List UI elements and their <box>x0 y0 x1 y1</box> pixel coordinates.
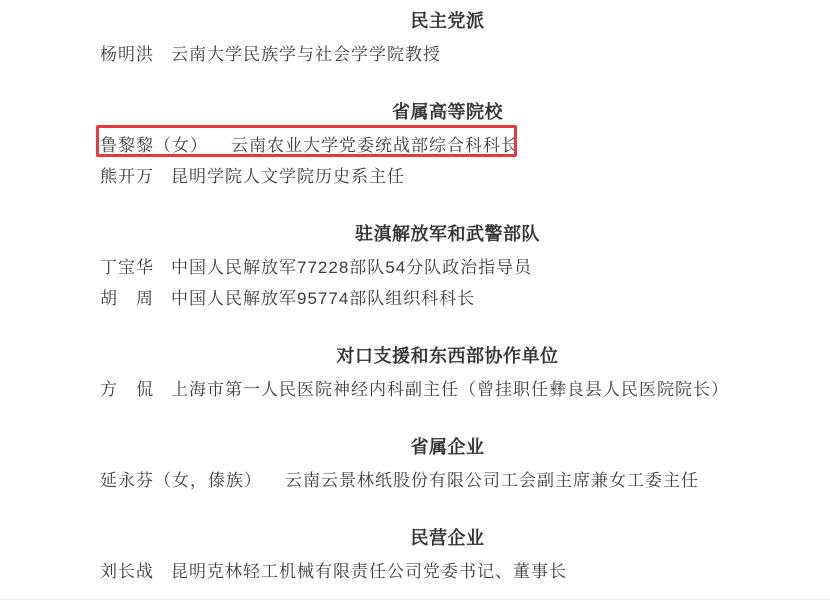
person-row: 延永芬（女，傣族） 云南云景林纸股份有限公司工会副主席兼女工委主任 <box>100 463 795 494</box>
person-title: 中国人民解放军77228部队54分队政治指导员 <box>171 253 532 278</box>
person-title: 上海市第一人民医院神经内科副主任（曾挂职任彝良县人民医院院长） <box>171 375 729 400</box>
person-row: 杨明洪 云南大学民族学与社会学学院教授 <box>100 37 795 68</box>
section-heading: 民营企业 <box>100 523 795 554</box>
person-row: 胡 周 中国人民解放军95774部队组织科科长 <box>100 281 795 312</box>
section: 民主党派 杨明洪 云南大学民族学与社会学学院教授 <box>100 6 795 68</box>
person-name: 丁宝华 <box>100 253 154 278</box>
person-name: 熊开万 <box>100 162 154 187</box>
person-title: 云南大学民族学与社会学学院教授 <box>171 40 441 65</box>
person-row: 鲁黎黎（女） 云南农业大学党委统战部综合科科长 <box>100 128 795 159</box>
person-row: 熊开万 昆明学院人文学院历史系主任 <box>100 159 795 190</box>
person-title: 昆明学院人文学院历史系主任 <box>171 162 405 187</box>
person-name: 鲁黎黎（女） <box>100 131 208 156</box>
section-entries: 杨明洪 云南大学民族学与社会学学院教授 <box>100 37 795 68</box>
section: 民营企业 刘长战 昆明克林轻工机械有限责任公司党委书记、董事长 <box>100 523 795 585</box>
person-row: 丁宝华 中国人民解放军77228部队54分队政治指导员 <box>100 250 795 281</box>
person-name: 方 侃 <box>100 375 154 400</box>
section-entries: 方 侃 上海市第一人民医院神经内科副主任（曾挂职任彝良县人民医院院长） <box>100 372 795 403</box>
section-entries: 刘长战 昆明克林轻工机械有限责任公司党委书记、董事长 <box>100 554 795 585</box>
section-entries: 延永芬（女，傣族） 云南云景林纸股份有限公司工会副主席兼女工委主任 <box>100 463 795 494</box>
section: 省属高等院校 鲁黎黎（女） 云南农业大学党委统战部综合科科长 熊开万 昆明学院人… <box>100 97 795 190</box>
document-body: 民主党派 杨明洪 云南大学民族学与社会学学院教授 省属高等院校 鲁黎黎（女） 云… <box>0 0 830 585</box>
person-title: 昆明克林轻工机械有限责任公司党委书记、董事长 <box>171 557 567 582</box>
section: 省属企业 延永芬（女，傣族） 云南云景林纸股份有限公司工会副主席兼女工委主任 <box>100 432 795 494</box>
person-row: 刘长战 昆明克林轻工机械有限责任公司党委书记、董事长 <box>100 554 795 585</box>
person-name: 延永芬（女，傣族） <box>100 466 262 491</box>
section-heading: 民主党派 <box>100 6 795 37</box>
person-name: 刘长战 <box>100 557 154 582</box>
section-heading: 对口支援和东西部协作单位 <box>100 341 795 372</box>
person-title: 云南农业大学党委统战部综合科科长 <box>231 131 519 156</box>
person-row: 方 侃 上海市第一人民医院神经内科副主任（曾挂职任彝良县人民医院院长） <box>100 372 795 403</box>
section-entries: 丁宝华 中国人民解放军77228部队54分队政治指导员 胡 周 中国人民解放军9… <box>100 250 795 312</box>
section: 对口支援和东西部协作单位 方 侃 上海市第一人民医院神经内科副主任（曾挂职任彝良… <box>100 341 795 403</box>
person-name: 杨明洪 <box>100 40 154 65</box>
person-title: 云南云景林纸股份有限公司工会副主席兼女工委主任 <box>285 466 699 491</box>
section-heading: 省属高等院校 <box>100 97 795 128</box>
person-title: 中国人民解放军95774部队组织科科长 <box>171 284 475 309</box>
section-heading: 省属企业 <box>100 432 795 463</box>
person-name: 胡 周 <box>100 284 154 309</box>
section-entries: 鲁黎黎（女） 云南农业大学党委统战部综合科科长 熊开万 昆明学院人文学院历史系主… <box>100 128 795 190</box>
section-heading: 驻滇解放军和武警部队 <box>100 219 795 250</box>
section: 驻滇解放军和武警部队 丁宝华 中国人民解放军77228部队54分队政治指导员 胡… <box>100 219 795 312</box>
